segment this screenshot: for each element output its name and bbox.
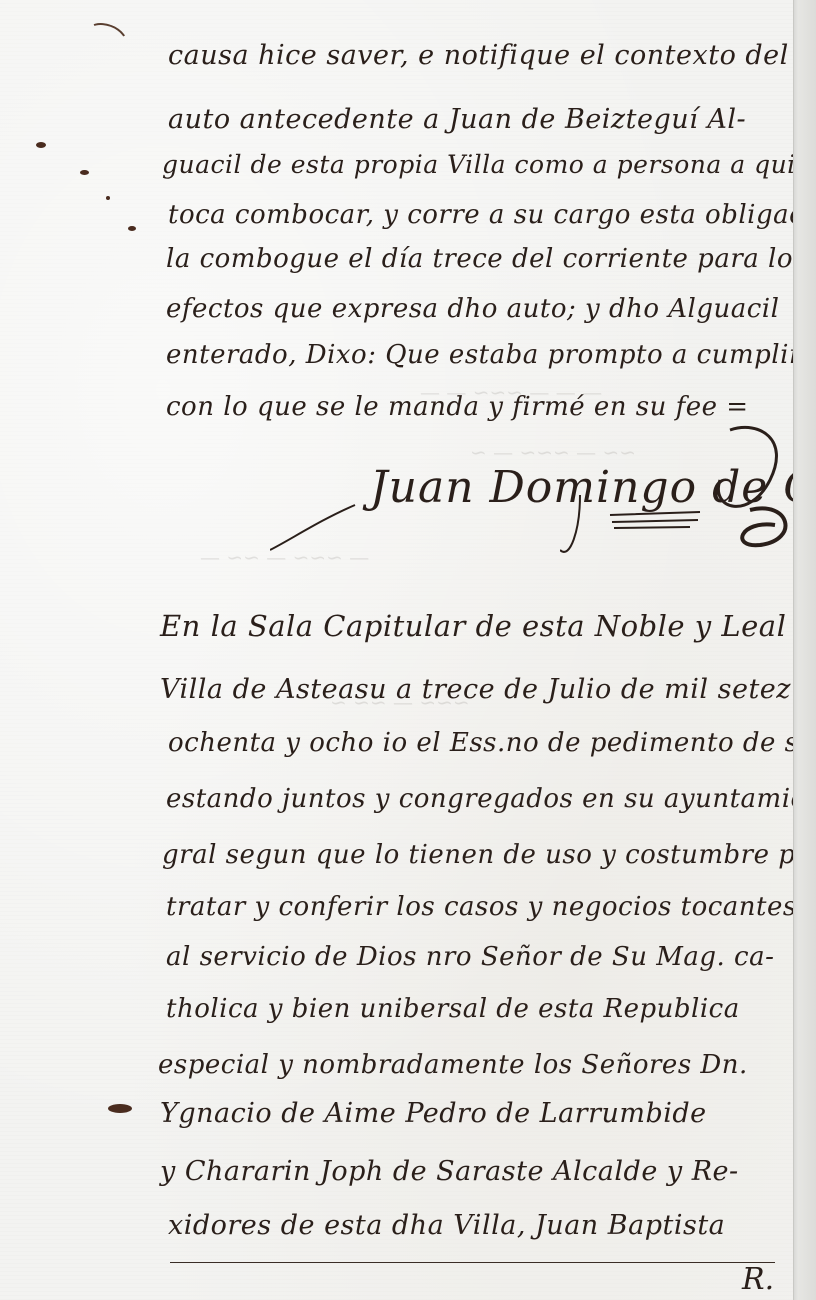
text-line: enterado, Dixo: Que estaba prompto a cum… bbox=[166, 342, 802, 368]
text-line: efectos que expresa dho auto; y dho Algu… bbox=[166, 296, 779, 322]
text-line: especial y nombradamente los Señores Dn. bbox=[158, 1052, 748, 1078]
text-line: causa hice saver, e notifique el context… bbox=[168, 42, 789, 69]
text-line: tholica y bien unibersal de esta Republi… bbox=[166, 996, 740, 1022]
margin-loop bbox=[80, 17, 132, 60]
text-line: tratar y conferir los casos y negocios t… bbox=[166, 894, 797, 920]
end-rubric: R. bbox=[742, 1262, 774, 1297]
text-line: En la Sala Capitular de esta Noble y Lea… bbox=[160, 612, 786, 641]
text-line: Ygnacio de Aime Pedro de Larrumbide bbox=[160, 1100, 707, 1127]
ink-speck bbox=[36, 142, 46, 148]
text-line: xidores de esta dha Villa, Juan Baptista bbox=[168, 1212, 725, 1239]
ink-speck bbox=[108, 1104, 132, 1113]
signature-flourish bbox=[560, 420, 810, 570]
text-line: ochenta y ocho io el Ess.no de pedimento… bbox=[168, 730, 816, 756]
manuscript-page: — — — ~~~ — — ~~ — ~~~ — ~ — ~~~ — ~~ — … bbox=[0, 0, 816, 1300]
text-line: guacil de esta propia Villa como a perso… bbox=[162, 152, 816, 177]
text-line: y Chararin Joph de Saraste Alcalde y Re- bbox=[160, 1158, 739, 1185]
text-line: estando juntos y congregados en su ayunt… bbox=[166, 786, 816, 812]
closing-rule bbox=[170, 1262, 775, 1263]
ink-speck bbox=[80, 170, 89, 175]
text-line: la combogue el día trece del corriente p… bbox=[166, 246, 807, 272]
ink-speck bbox=[106, 196, 110, 200]
text-line: con lo que se le manda y firmé en su fee… bbox=[166, 394, 749, 420]
text-line: Villa de Asteasu a trece de Julio de mil… bbox=[160, 676, 800, 703]
ink-speck bbox=[128, 226, 136, 231]
text-line: gral segun que lo tienen de uso y costum… bbox=[162, 842, 804, 868]
text-line: toca combocar, y corre a su cargo esta o… bbox=[168, 202, 816, 228]
page-edge bbox=[793, 0, 816, 1300]
signature-underline-flourish bbox=[270, 500, 360, 560]
text-line: auto antecedente a Juan de Beizteguí Al- bbox=[168, 106, 746, 133]
text-line: al servicio de Dios nro Señor de Su Mag.… bbox=[166, 944, 774, 970]
